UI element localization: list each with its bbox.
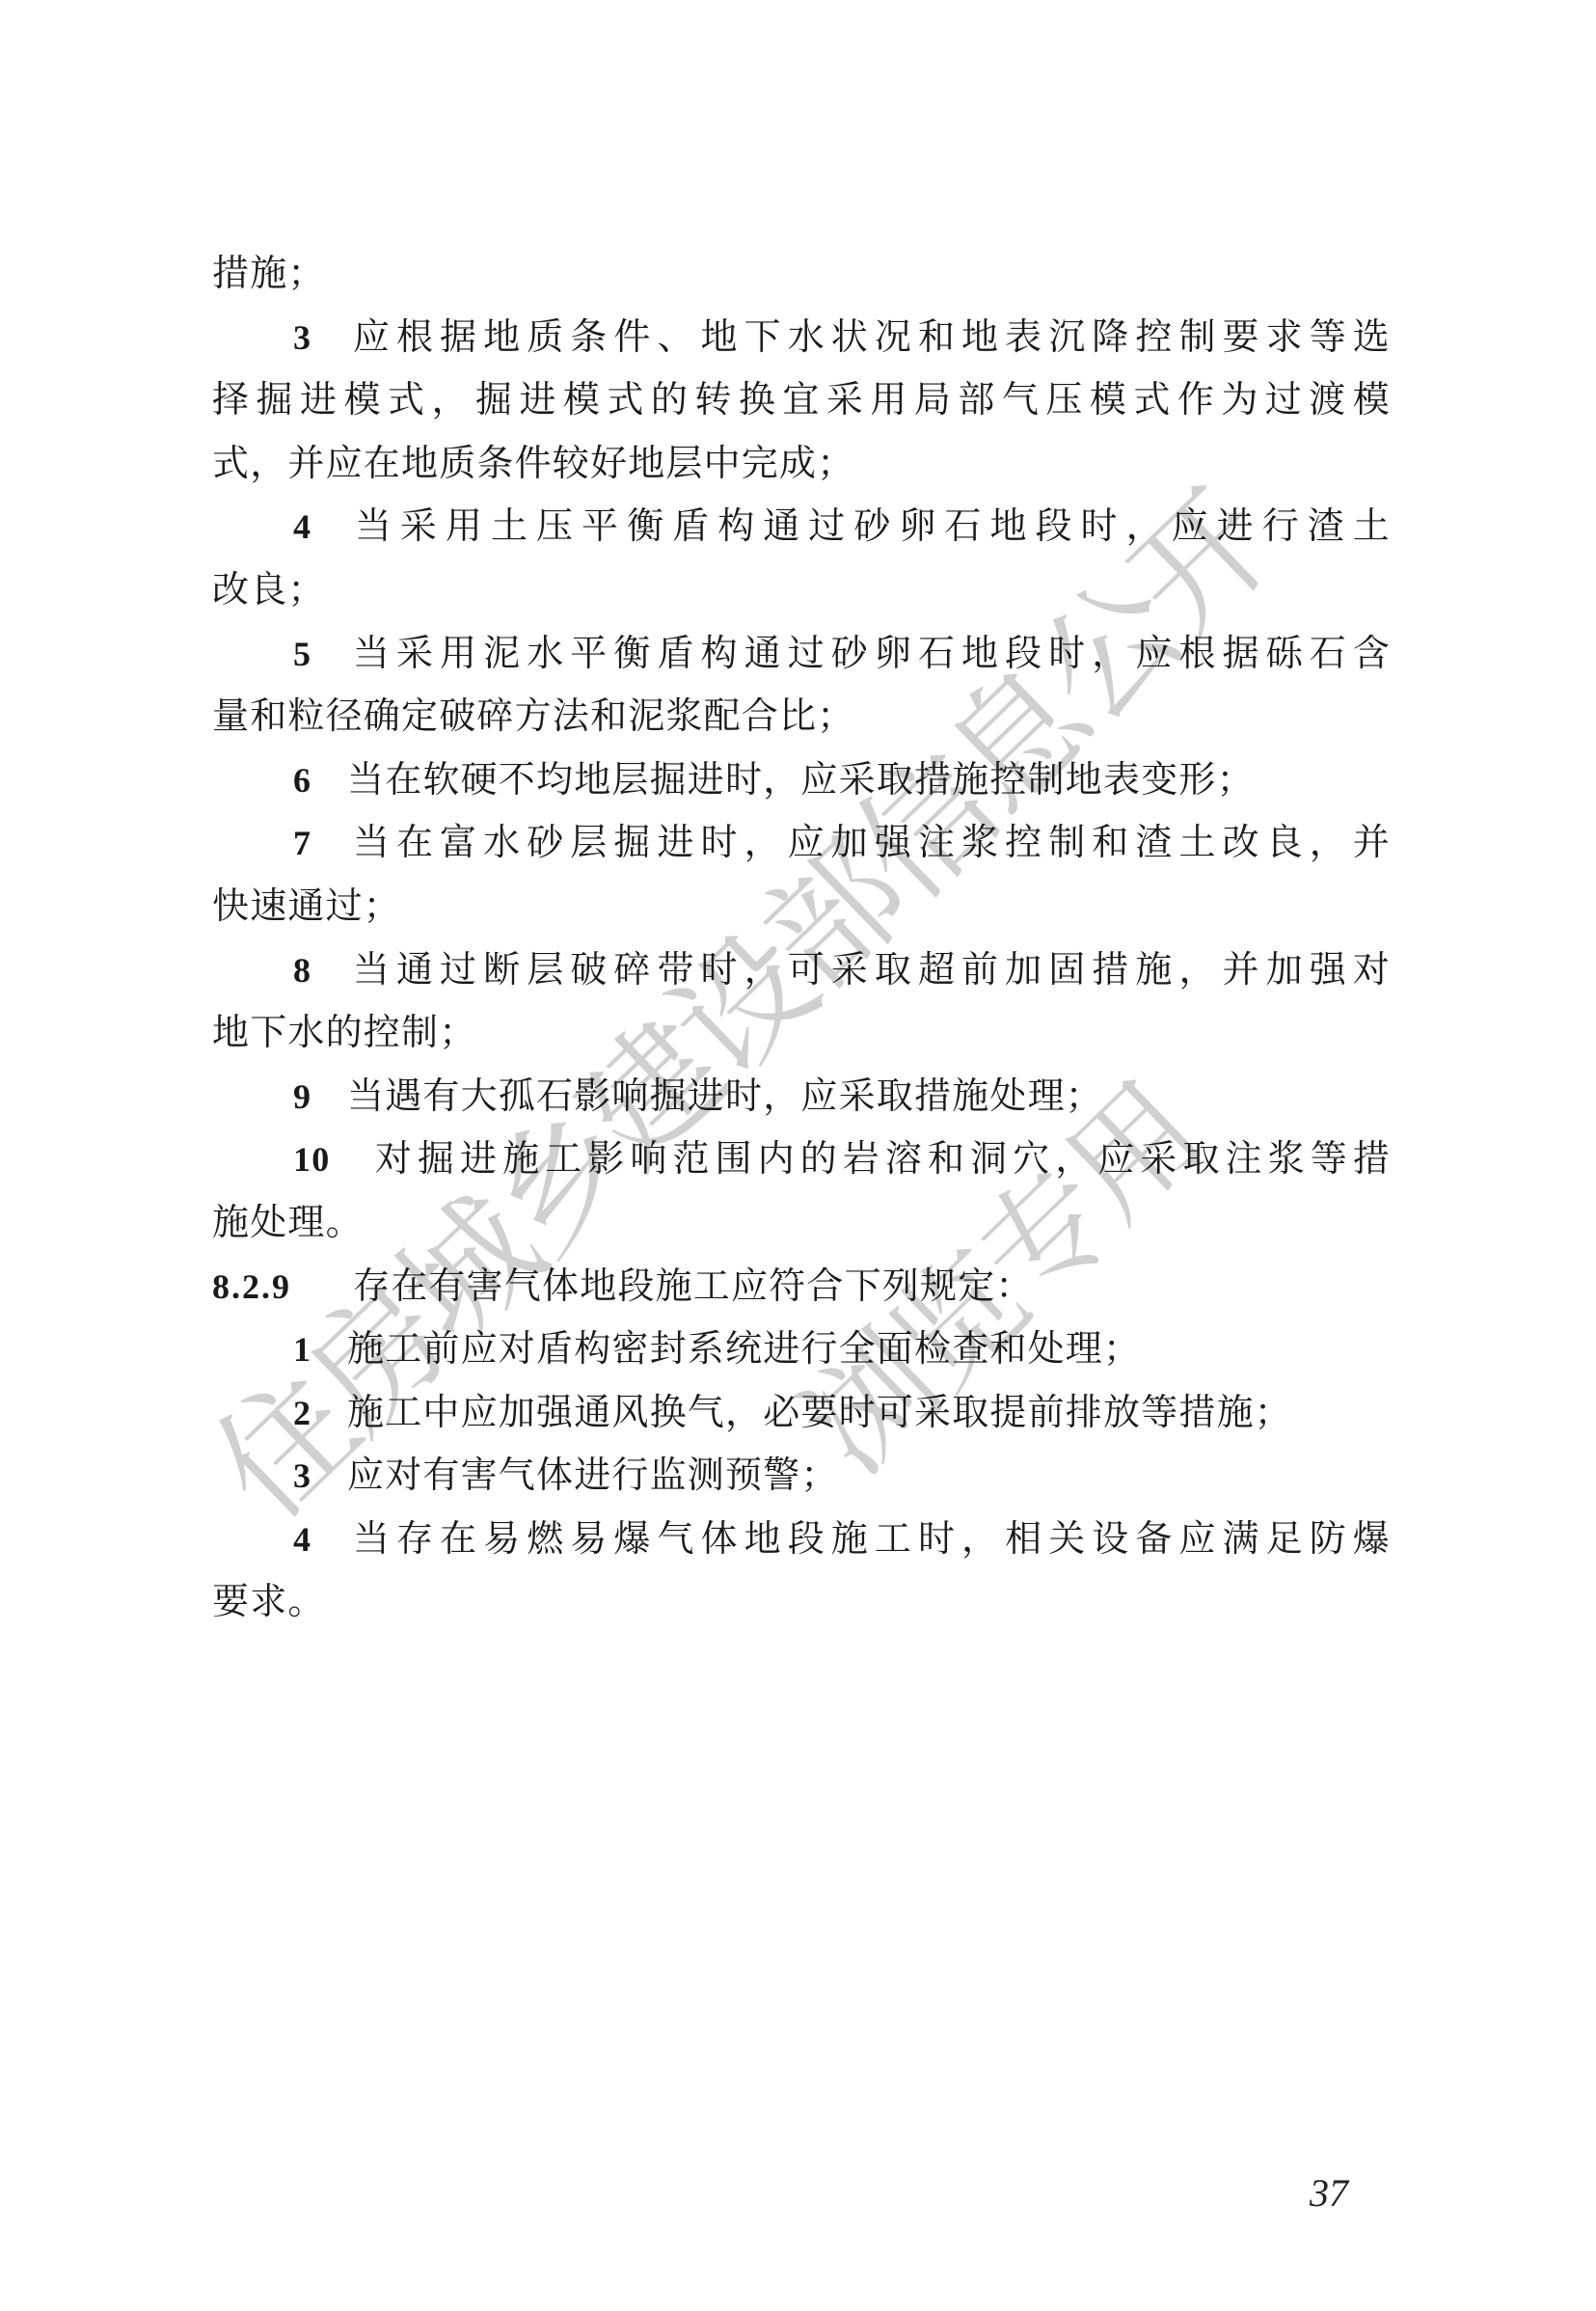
line-text: 施工前应对盾构密封系统进行全面检查和处理； <box>347 1327 1141 1370</box>
list-item-4: 4当采用土压平衡盾构通过砂卵石地段时，应进行渣土 <box>212 495 1391 558</box>
body-text: 措施； 3应根据地质条件、地下水状况和地表沉降控制要求等选 择掘进模式，掘进模式… <box>212 242 1391 1634</box>
item-number: 3 <box>293 1445 347 1509</box>
line-text: 地下水的控制； <box>212 1011 476 1053</box>
line-text: 当存在易燃易爆气体地段施工时，相关设备应满足防爆 <box>347 1517 1391 1560</box>
item-number: 9 <box>293 1066 347 1129</box>
line-text: 当在软硬不均地层掘进时，应采取措施控制地表变形； <box>347 758 1255 801</box>
item-number: 6 <box>293 749 347 813</box>
page-number: 37 <box>1310 2170 1348 2216</box>
list-item-3b: 3应对有害气体进行监测预警； <box>212 1444 1391 1508</box>
list-item-10: 10对掘进施工影响范围内的岩溶和洞穴，应采取注浆等措 <box>212 1128 1391 1191</box>
line-text: 施工中应加强通风换气，必要时可采取提前排放等措施； <box>347 1391 1292 1433</box>
list-item-1: 1施工前应对盾构密封系统进行全面检查和处理； <box>212 1318 1391 1381</box>
line-text: 措施； <box>212 252 326 294</box>
list-item-5: 5当采用泥水平衡盾构通过砂卵石地段时，应根据砾石含 <box>212 622 1391 686</box>
list-item-8: 8当通过断层破碎带时，可采取超前加固措施，并加强对 <box>212 938 1391 1002</box>
list-item-3: 3应根据地质条件、地下水状况和地表沉降控制要求等选 <box>212 306 1391 369</box>
text-line: 择掘进模式，掘进模式的转换宜采用局部气压模式作为过渡模 <box>212 368 1391 432</box>
text-line: 快速通过； <box>212 875 1391 938</box>
clause-8-2-9: 8.2.9存在有害气体地段施工应符合下列规定： <box>212 1255 1391 1319</box>
line-text: 择掘进模式，掘进模式的转换宜采用局部气压模式作为过渡模 <box>212 378 1391 421</box>
list-item-2: 2施工中应加强通风换气，必要时可采取提前排放等措施； <box>212 1381 1391 1445</box>
line-text: 改良； <box>212 568 326 611</box>
clause-text: 存在有害气体地段施工应符合下列规定： <box>353 1264 1034 1307</box>
item-number: 4 <box>293 496 347 559</box>
text-line: 式，并应在地质条件较好地层中完成； <box>212 432 1391 496</box>
item-number: 4 <box>293 1509 347 1572</box>
line-text: 要求。 <box>212 1580 326 1622</box>
list-item-4b: 4当存在易燃易爆气体地段施工时，相关设备应满足防爆 <box>212 1508 1391 1571</box>
item-number: 1 <box>293 1319 347 1382</box>
text-line: 措施； <box>212 242 1391 306</box>
item-number: 10 <box>293 1128 370 1192</box>
list-item-6: 6当在软硬不均地层掘进时，应采取措施控制地表变形； <box>212 748 1391 812</box>
clause-number: 8.2.9 <box>212 1256 353 1319</box>
line-text: 快速通过； <box>212 884 401 927</box>
line-text: 式，并应在地质条件较好地层中完成； <box>212 442 854 484</box>
line-text: 施处理。 <box>212 1201 364 1243</box>
line-text: 当遇有大孤石影响掘进时，应采取措施处理； <box>347 1074 1103 1117</box>
line-text: 当通过断层破碎带时，可采取超前加固措施，并加强对 <box>347 948 1391 991</box>
document-page: 住房城乡建设部信息公开 浏览专用 措施； 3应根据地质条件、地下水状况和地表沉降… <box>0 0 1596 2311</box>
text-line: 施处理。 <box>212 1191 1391 1255</box>
item-number: 5 <box>293 623 347 687</box>
text-line: 改良； <box>212 558 1391 622</box>
line-text: 应对有害气体进行监测预警； <box>347 1454 839 1496</box>
line-text: 应根据地质条件、地下水状况和地表沉降控制要求等选 <box>347 315 1391 358</box>
line-text: 当在富水砂层掘进时，应加强注浆控制和渣土改良，并 <box>347 821 1391 863</box>
text-line: 要求。 <box>212 1570 1391 1634</box>
list-item-9: 9当遇有大孤石影响掘进时，应采取措施处理； <box>212 1065 1391 1128</box>
item-number: 7 <box>293 812 347 876</box>
text-line: 地下水的控制； <box>212 1001 1391 1065</box>
line-text: 当采用土压平衡盾构通过砂卵石地段时，应进行渣土 <box>347 504 1391 547</box>
item-number: 3 <box>293 307 347 370</box>
text-line: 量和粒径确定破碎方法和泥浆配合比； <box>212 685 1391 748</box>
line-text: 量和粒径确定破碎方法和泥浆配合比； <box>212 694 854 737</box>
line-text: 对掘进施工影响范围内的岩溶和洞穴，应采取注浆等措 <box>370 1137 1391 1180</box>
item-number: 2 <box>293 1382 347 1446</box>
line-text: 当采用泥水平衡盾构通过砂卵石地段时，应根据砾石含 <box>347 632 1391 674</box>
item-number: 8 <box>293 939 347 1003</box>
list-item-7: 7当在富水砂层掘进时，应加强注浆控制和渣土改良，并 <box>212 811 1391 875</box>
